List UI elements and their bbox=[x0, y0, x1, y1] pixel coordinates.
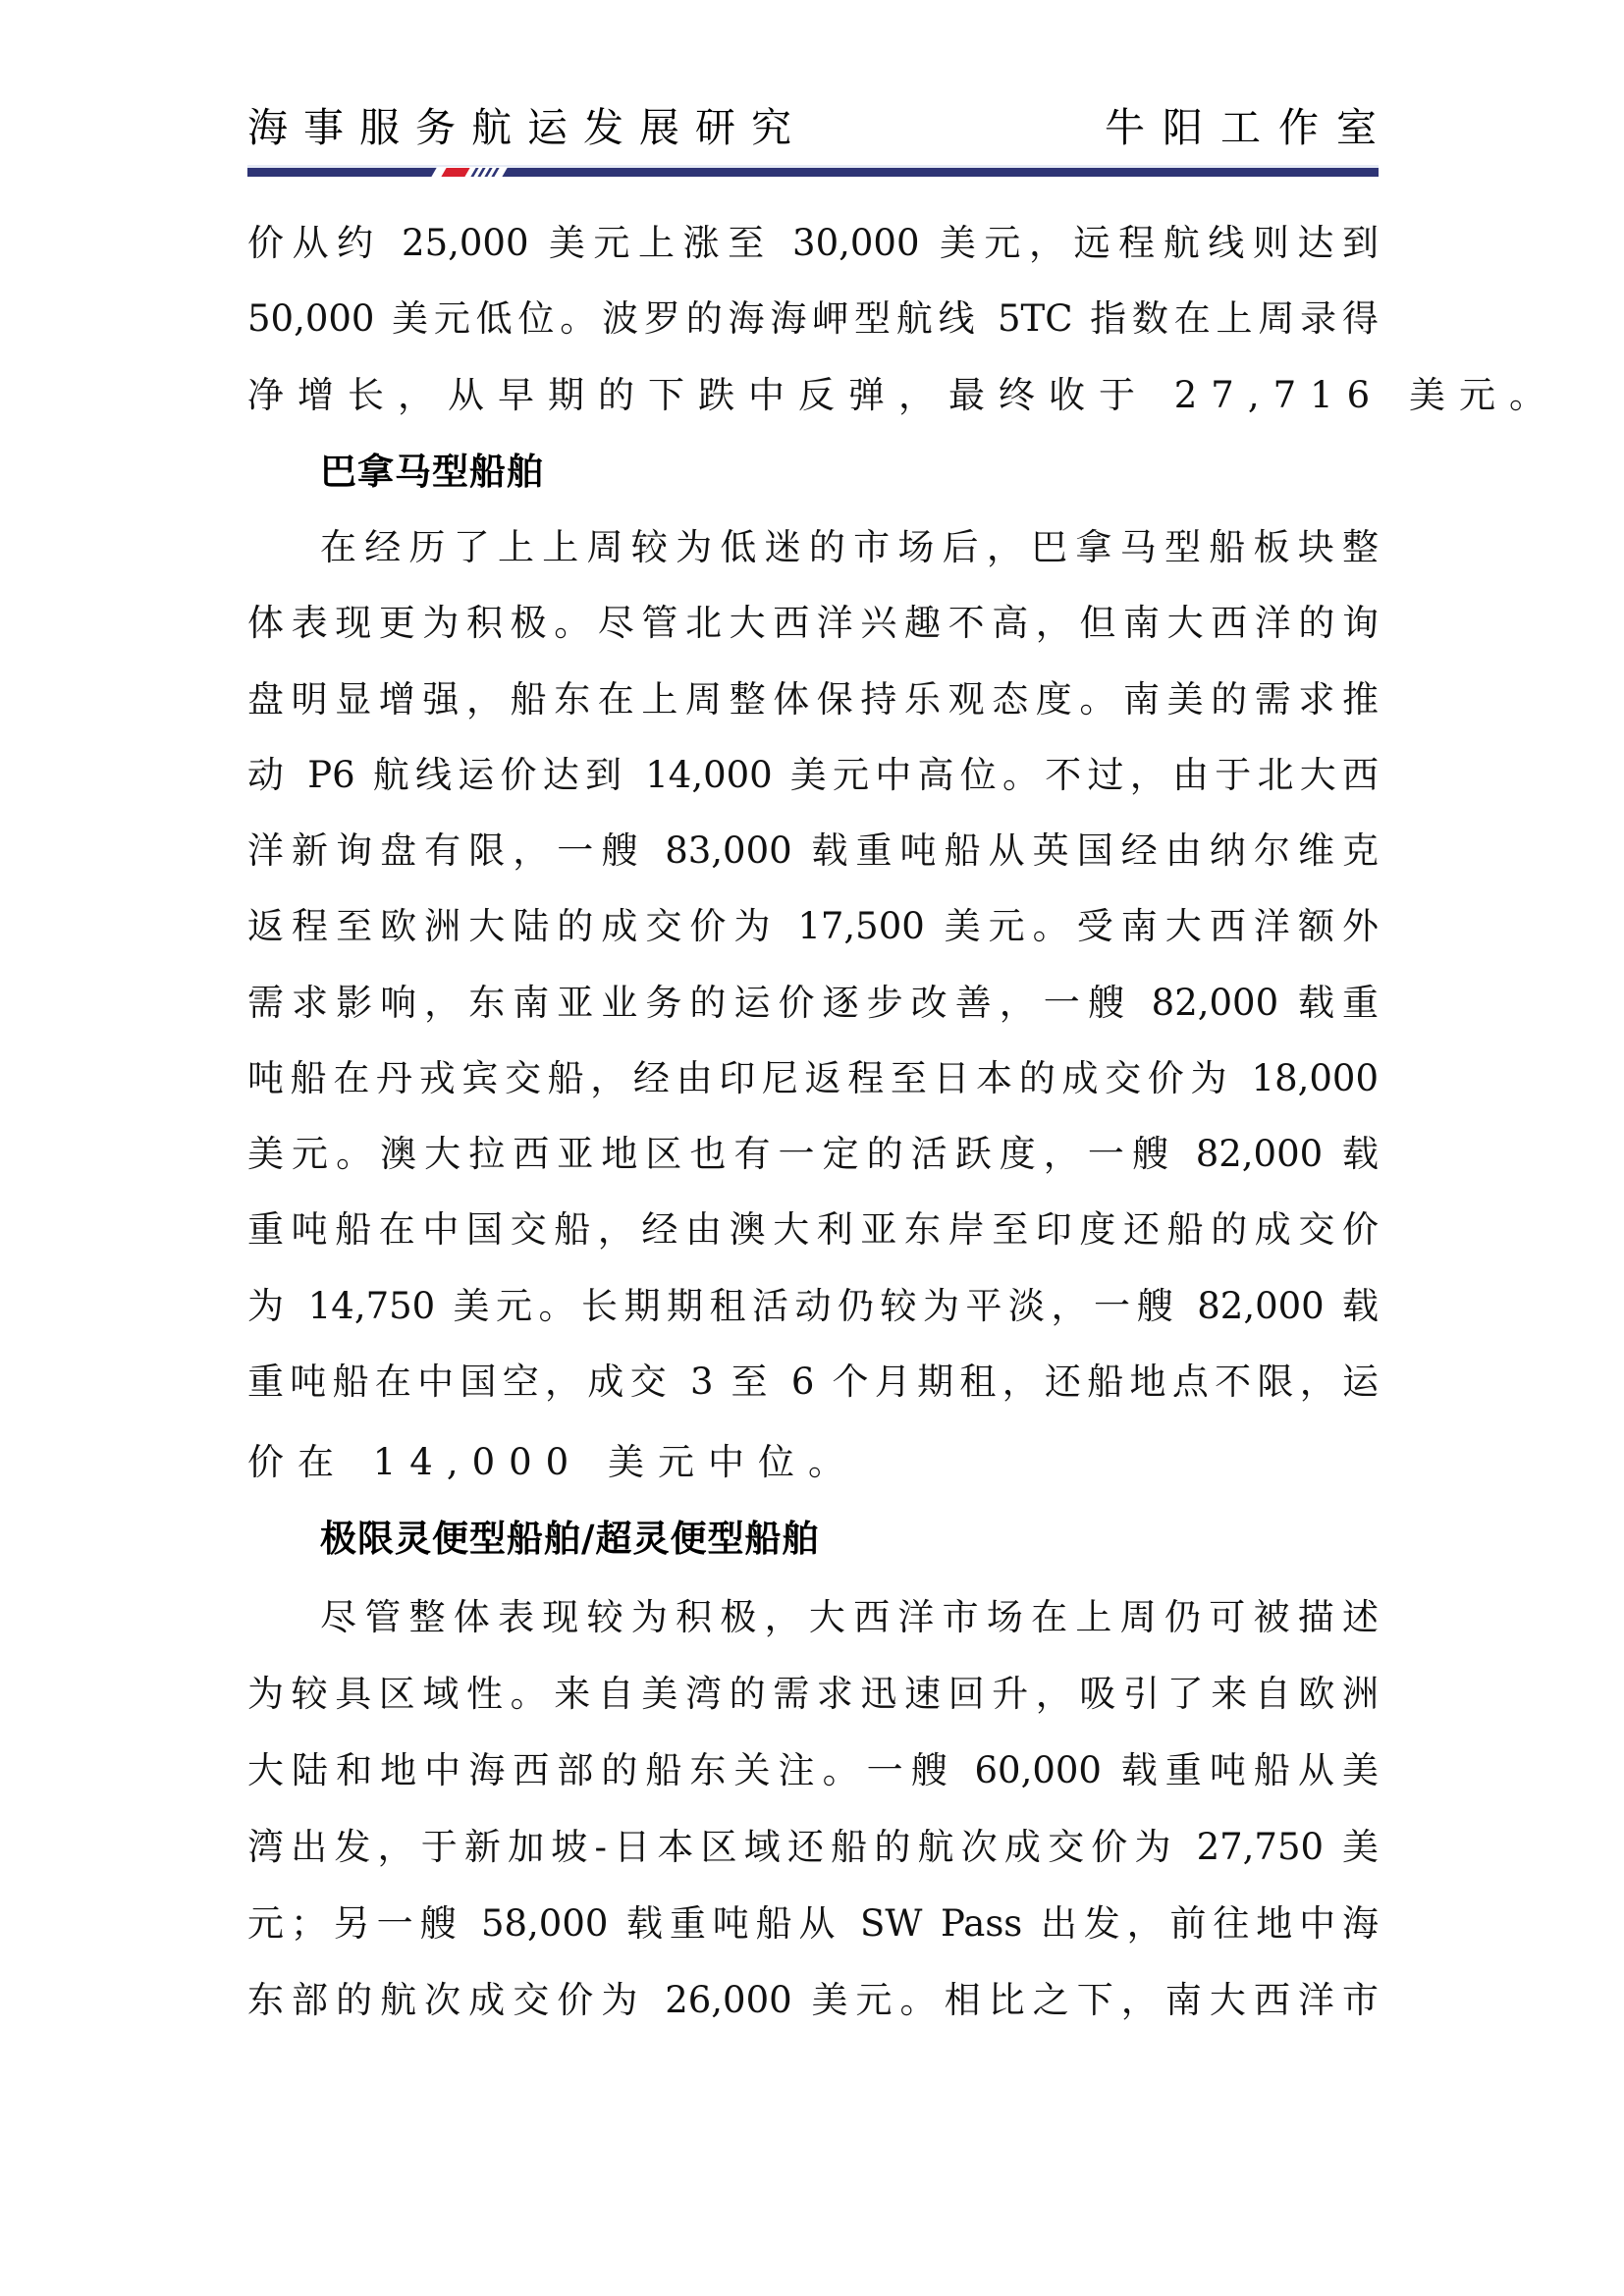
paragraph-line: 动 P6 航线运价达到 14,000 美元中高位。不过，由于北大西 bbox=[247, 754, 1379, 797]
paragraph-line: 在经历了上上周较为低迷的市场后，巴拿马型船板块整 bbox=[320, 526, 1379, 569]
paragraph-line: 返程至欧洲大陆的成交价为 17,500 美元。受南大西洋额外 bbox=[247, 905, 1379, 948]
paragraph-line: 盘明显增强，船东在上周整体保持乐观态度。南美的需求推 bbox=[247, 678, 1379, 721]
paragraph-line: 元；另一艘 58,000 载重吨船从 SW Pass 出发，前往地中海 bbox=[247, 1902, 1379, 1946]
paragraph-line: 50,000 美元低位。波罗的海海岬型航线 5TC 指数在上周录得 bbox=[247, 297, 1379, 341]
paragraph-line: 价从约 25,000 美元上涨至 30,000 美元，远程航线则达到 bbox=[247, 222, 1379, 265]
paragraph-line: 尽管整体表现较为积极，大西洋市场在上周仍可被描述 bbox=[320, 1596, 1379, 1639]
header-divider-bar bbox=[247, 165, 1379, 178]
paragraph-line: 为 14,750 美元。长期期租活动仍较为平淡，一艘 82,000 载 bbox=[247, 1285, 1379, 1328]
paragraph-line: 需求影响，东南亚业务的运价逐步改善，一艘 82,000 载重 bbox=[247, 982, 1379, 1025]
page-header: 海事服务航运发展研究 牛阳工作室 bbox=[247, 102, 1379, 153]
header-title-left: 海事服务航运发展研究 bbox=[247, 102, 807, 153]
paragraph-line: 体表现更为积极。尽管北大西洋兴趣不高，但南大西洋的询 bbox=[247, 602, 1379, 645]
header-title-right: 牛阳工作室 bbox=[1105, 102, 1394, 153]
paragraph-line: 大陆和地中海西部的船东关注。一艘 60,000 载重吨船从美 bbox=[247, 1749, 1379, 1792]
paragraph-line: 洋新询盘有限，一艘 83,000 载重吨船从英国经由纳尔维克 bbox=[247, 829, 1379, 873]
paragraph-line: 为较具区域性。来自美湾的需求迅速回升，吸引了来自欧洲 bbox=[247, 1673, 1379, 1716]
paragraph-line: 净增长，从早期的下跌中反弹，最终收于 27,716 美元。 bbox=[247, 374, 1379, 417]
divider-navy-stripe bbox=[247, 168, 1379, 177]
paragraph-line: 重吨船在中国交船，经由澳大利亚东岸至印度还船的成交价 bbox=[247, 1208, 1379, 1252]
paragraph-line: 价在 14,000 美元中位。 bbox=[247, 1441, 1379, 1484]
paragraph-line: 重吨船在中国空，成交 3 至 6 个月期租，还船地点不限，运 bbox=[247, 1361, 1379, 1404]
paragraph-line: 湾出发，于新加坡-日本区域还船的航次成交价为 27,750 美 bbox=[247, 1826, 1379, 1869]
section-heading-supramax: 极限灵便型船舶/超灵便型船舶 bbox=[320, 1518, 820, 1561]
paragraph-line: 吨船在丹戎宾交船，经由印尼返程至日本的成交价为 18,000 bbox=[247, 1057, 1379, 1100]
paragraph-line: 东部的航次成交价为 26,000 美元。相比之下，南大西洋市 bbox=[247, 1979, 1379, 2022]
paragraph-line: 美元。澳大拉西亚地区也有一定的活跃度，一艘 82,000 载 bbox=[247, 1133, 1379, 1176]
section-heading-panamax: 巴拿马型船舶 bbox=[320, 451, 544, 494]
